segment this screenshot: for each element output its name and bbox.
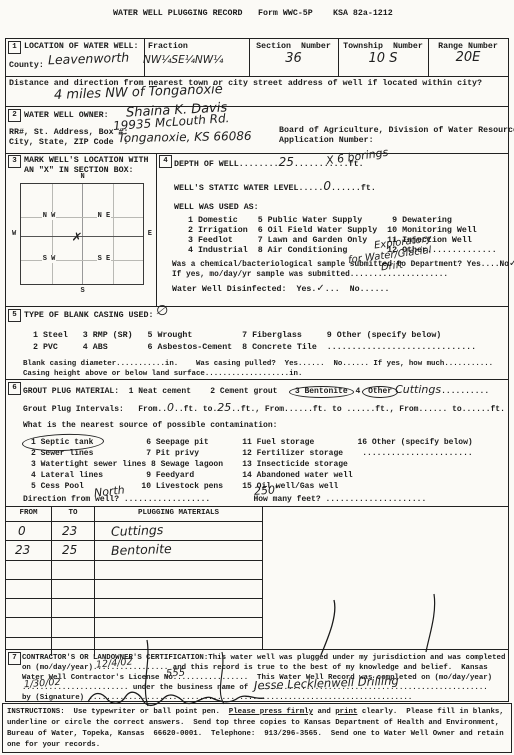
quadrant-label-sw: S W — [42, 255, 57, 263]
section1-number: 1 — [8, 41, 21, 54]
section-number-value: 36 — [249, 54, 338, 64]
section5-casing-row: 5 TYPE OF BLANK CASING USED: ∅ 1 Steel 3… — [6, 306, 508, 380]
disinfected-yes-checkmark: ✓ — [316, 283, 324, 294]
used-as-label: WELL WAS USED AS: — [174, 203, 259, 213]
quadrant-label-se: S E — [97, 255, 112, 263]
from-value: 23 — [15, 543, 30, 557]
grout-other-value: Cuttings — [395, 383, 441, 396]
license-number-value: 555 — [166, 669, 186, 680]
grout-other-dots: .......... — [441, 387, 489, 396]
interval-to-value: 25 — [217, 401, 231, 414]
to-value: 23 — [62, 524, 77, 538]
to-value: 25 — [62, 543, 77, 557]
fraction-label: Fraction — [148, 42, 188, 52]
instructions-text: INSTRUCTIONS: Use typewriter or ball poi… — [7, 708, 229, 716]
section2-owner-row: 2 WATER WELL OWNER: Shaina K. Davis RR#,… — [6, 106, 508, 154]
material-value: Cuttings — [111, 525, 164, 537]
static-level-value: 0 — [323, 179, 331, 193]
sample-no-checkmark: ✓ — [509, 258, 514, 269]
compass-w: W — [11, 230, 17, 238]
interval-from-value: 0 — [167, 401, 174, 414]
township-number-value: 10 S — [338, 54, 428, 64]
instructions-line-1: INSTRUCTIONS: Use typewriter or ball poi… — [7, 707, 504, 717]
table-row — [6, 579, 262, 598]
instructions-line-4: one for your records. — [7, 740, 100, 750]
bentonite-circled: 3 Bentonite — [289, 386, 354, 398]
quadrant-label-nw: N W — [42, 212, 57, 220]
form-number: Form WWC-5P — [258, 9, 313, 19]
section-box-diagram: N W N E S W S E N S W E ✗ — [20, 183, 144, 285]
form-title: WATER WELL PLUGGING RECORD — [113, 9, 242, 19]
used-as-line-1: 1 Domestic 5 Public Water Supply 9 Dewat… — [188, 216, 452, 226]
application-number-label: Application Number: — [279, 136, 374, 146]
static-level-dots: ......ft. — [331, 184, 376, 193]
quadrant-label-ne: N E — [97, 212, 112, 220]
table-row: 23 25 Bentonite — [6, 540, 262, 559]
water-well-plugging-record-form: WATER WELL PLUGGING RECORD Form WWC-5P K… — [0, 0, 514, 755]
print-underlined: print — [335, 708, 357, 716]
depth-value: 25 — [279, 155, 294, 169]
static-level-label: WELL'S STATIC WATER LEVEL..... — [174, 184, 323, 193]
section3-number: 3 — [8, 155, 21, 168]
city-label: City, State, ZIP Code : — [9, 138, 129, 148]
contamination-line-5: 5 Cess Pool 10 Livestock pens 15 Oil wel… — [31, 482, 338, 492]
intervals-label: Grout Plug Intervals: From.. — [23, 405, 167, 414]
grout-material-line: GROUT PLUG MATERIAL: 1 Neat cement 2 Cem… — [23, 385, 489, 398]
material-value: Bentonite — [111, 544, 172, 556]
contamination-line-3: 3 Watertight sewer lines 8 Sewage lagoon… — [31, 460, 348, 470]
section6-grout-row: 6 GROUT PLUG MATERIAL: 1 Neat cement 2 C… — [6, 379, 508, 507]
casing-none-mark: ∅ — [155, 305, 169, 317]
mark-location-title-1: MARK WELL'S LOCATION WITH — [24, 156, 148, 166]
board-of-agriculture-label: Board of Agriculture, Division of Water … — [279, 126, 514, 136]
section1-location-row: 1 LOCATION OF WATER WELL: County: Leaven… — [6, 39, 508, 77]
col-header-materials: PLUGGING MATERIALS — [95, 506, 262, 521]
contamination-label: What is the nearest source of possible c… — [23, 421, 277, 431]
grid-line — [21, 217, 143, 218]
instructions-line-3: Bureau of Water, Topeka, Kansas 66620-00… — [7, 729, 504, 739]
grid-line — [113, 184, 114, 284]
casing-diameter-line: Blank casing diameter...........in. Was … — [23, 359, 493, 369]
instructions-text: and — [313, 708, 335, 716]
disinfected-dots: ... No...... — [325, 285, 390, 294]
section3-4-row: 3 MARK WELL'S LOCATION WITH AN "X" IN SE… — [6, 153, 508, 307]
certification-line-2: on (mo/day/year)................. and th… — [22, 663, 488, 673]
section2-number: 2 — [8, 109, 21, 122]
grid-line — [21, 260, 143, 261]
disinfected-label: Water Well Disinfected: Yes. — [172, 285, 316, 294]
casing-options-line-2: 2 PVC 4 ABS 6 Asbestos-Cement 8 Concrete… — [33, 343, 476, 353]
table-row — [6, 598, 262, 617]
grout-intervals-line: Grout Plug Intervals: From..0..ft. to.25… — [23, 403, 505, 415]
certification-line-1: CONTRACTOR'S OR LANDOWNER'S CERTIFICATIO… — [22, 653, 505, 663]
press-firmly-underlined: Please press firmly — [229, 708, 313, 716]
contamination-line-4: 4 Lateral lines 9 Feedyard 14 Abandoned … — [31, 471, 353, 481]
county-value: Leavenworth — [48, 53, 129, 66]
col-header-to: TO — [52, 506, 95, 521]
sample-question: Was a chemical/bacteriological sample su… — [172, 261, 509, 269]
section7-number: 7 — [8, 652, 21, 665]
casing-height-line: Casing height above or below land surfac… — [23, 369, 302, 379]
direction-feet-line: Direction from well? .................. … — [23, 495, 426, 505]
table-row: 0 23 Cuttings — [6, 521, 262, 540]
distance-row: Distance and direction from nearest town… — [6, 76, 508, 107]
grid-line — [52, 184, 53, 284]
instructions-line-2: underline or circle the correct answers.… — [7, 718, 499, 728]
col-header-from: FROM — [6, 506, 52, 521]
contamination-line-2: 2 Sewer lines 7 Pit privy 12 Fertilizer … — [31, 449, 473, 459]
compass-s: S — [80, 287, 86, 295]
sample-question-line: Was a chemical/bacteriological sample su… — [172, 259, 514, 270]
well-location-x-mark: ✗ — [72, 231, 83, 242]
distance-value: 4 miles NW of Tonganoxie — [54, 85, 223, 101]
from-value: 0 — [18, 524, 26, 538]
section4-number: 4 — [159, 155, 172, 168]
city-value: Tonganoxie, KS 66086 — [118, 131, 252, 143]
casing-options-line-1: 1 Steel 3 RMP (SR) 5 Wrought 7 Fiberglas… — [33, 331, 441, 341]
section3-cell: 3 MARK WELL'S LOCATION WITH AN "X" IN SE… — [6, 153, 157, 306]
used-as-line-4: 4 Industrial 8 Air Conditioning 12 Other… — [188, 246, 497, 256]
static-level-line: WELL'S STATIC WATER LEVEL.....0......ft. — [174, 181, 376, 194]
section7-certification-row: 7 CONTRACTOR'S OR LANDOWNER'S CERTIFICAT… — [6, 649, 508, 702]
instructions-box: INSTRUCTIONS: Use typewriter or ball poi… — [2, 703, 512, 753]
used-as-line-2: 2 Irrigation 6 Oil Field Water Supply 10… — [188, 226, 477, 236]
grout-material-label: GROUT PLUG MATERIAL: 1 Neat cement 2 Cem… — [23, 387, 292, 396]
ksa-number: KSA 82a-1212 — [333, 9, 393, 19]
form-body: 1 LOCATION OF WATER WELL: County: Leaven… — [5, 38, 509, 702]
address-label: RR#, St. Address, Box #: — [9, 128, 129, 138]
intervals-mid: ..ft. to. — [174, 405, 217, 414]
owner-label: WATER WELL OWNER: — [24, 111, 109, 121]
depth-label: DEPTH OF WELL........ — [174, 160, 279, 169]
county-label: County: — [9, 61, 44, 71]
other-circled: Other — [362, 386, 398, 398]
sample-date-line: If yes, mo/day/yr sample was submitted..… — [172, 270, 448, 280]
fraction-value: NW¼SE¼NW¼ — [143, 55, 223, 65]
compass-n: N — [80, 173, 86, 181]
instructions-text: clearly. Please fill in blanks, — [357, 708, 503, 716]
section6-number: 6 — [8, 382, 21, 395]
plugging-materials-table: FROM TO PLUGGING MATERIALS 0 23 Cuttings… — [6, 506, 263, 650]
table-row — [6, 617, 262, 636]
intervals-rest: ..ft., From......ft. to ......ft., From.… — [231, 405, 505, 414]
disinfected-line: Water Well Disinfected: Yes.✓... No.....… — [172, 284, 390, 295]
feet-value: 250' — [254, 485, 279, 497]
compass-e: E — [147, 230, 153, 238]
section5-number: 5 — [8, 309, 21, 322]
table-header-row: FROM TO PLUGGING MATERIALS — [6, 506, 262, 521]
table-row — [6, 560, 262, 579]
direction-value: North — [94, 485, 126, 498]
range-number-value: 20E — [428, 53, 508, 63]
casing-title: TYPE OF BLANK CASING USED: — [24, 311, 153, 321]
